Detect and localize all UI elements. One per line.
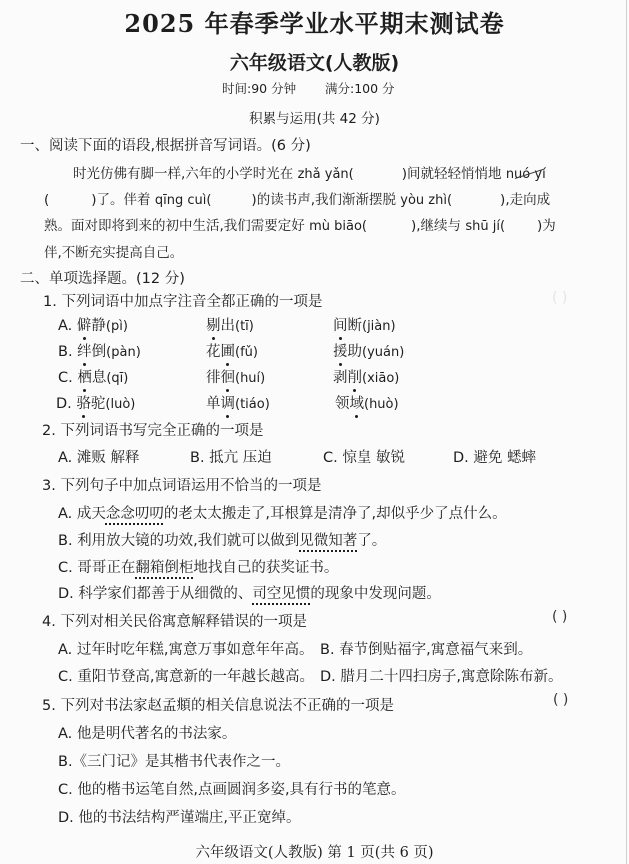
option-label: C. bbox=[58, 370, 73, 386]
q4-option-c: C. 重阳节登高,寓意新的一年越长越高。 bbox=[58, 665, 314, 686]
q1-option-b-word2: 花圃(fǔ) bbox=[206, 340, 258, 361]
pinyin-qingcui: qīng cuì( bbox=[155, 193, 212, 208]
q2-option-a: A. 滩贩 解释 bbox=[58, 446, 140, 467]
q4-stem: 4. 下列对相关民俗寓意解释错误的一项是 bbox=[42, 610, 307, 631]
q1-option-d: D. 骆驼(luò) bbox=[56, 392, 135, 413]
q5-stem: 5. 下列对书法家赵孟頫的相关信息说法不正确的一项是 bbox=[42, 694, 394, 715]
passage-text: ),走向成 bbox=[500, 192, 550, 208]
pinyin: (huí) bbox=[235, 371, 265, 386]
dotted-char: 圃 bbox=[221, 340, 236, 361]
q5-answer-paren[interactable]: ( ) bbox=[553, 692, 568, 708]
part2-heading: 二、单项选择题。(12 分) bbox=[20, 267, 185, 288]
char: 徘 bbox=[206, 370, 221, 386]
passage-text: 熟。面对即将到来的初中生活,我们需要定好 bbox=[44, 218, 305, 234]
pinyin: (huò) bbox=[364, 397, 399, 412]
q5-option-b: B.《三门记》是其楷书代表作之一。 bbox=[58, 750, 290, 771]
paren-open: ( bbox=[44, 192, 49, 208]
dotted-word: 翻箱倒柜 bbox=[135, 560, 193, 576]
q1-option-b-word3: 援助(yuán) bbox=[333, 340, 404, 361]
char: 领 bbox=[335, 396, 350, 412]
q1-option-c-word2: 徘徊(huí) bbox=[206, 366, 265, 387]
q1-option-b: B. 绊倒(pàn) bbox=[58, 340, 141, 361]
pinyin-youzhi: yòu zhì( bbox=[400, 193, 452, 208]
q5-option-a: A. 他是明代著名的书法家。 bbox=[58, 722, 236, 743]
text: A. 成天 bbox=[58, 506, 106, 522]
q1-option-d-word2: 单调(tiáo) bbox=[206, 392, 270, 413]
exam-subtitle: 六年级语文(人教版) bbox=[0, 48, 629, 75]
exam-page: 2025 年春季学业水平期末测试卷 六年级语文(人教版) 时间:90 分钟 满分… bbox=[0, 0, 629, 864]
text: C. 哥哥正在 bbox=[58, 560, 135, 576]
dotted-char: 调 bbox=[221, 392, 236, 413]
char: 单 bbox=[206, 396, 221, 412]
pinyin: (xiāo) bbox=[362, 371, 399, 386]
q2-option-b: B. 抵亢 压迫 bbox=[190, 446, 272, 467]
q2-option-c: C. 惊皇 敏锐 bbox=[323, 446, 405, 467]
q1-option-a-word2: 剔出(tī) bbox=[206, 314, 254, 335]
passage-text: )了。伴着 bbox=[91, 192, 150, 208]
exam-full-score: 满分:100 分 bbox=[325, 79, 395, 97]
pinyin-shuji: shū jí( bbox=[465, 219, 505, 234]
dotted-char: 间 bbox=[333, 314, 348, 335]
exam-title: 2025 年春季学业水平期末测试卷 bbox=[0, 4, 629, 39]
dotted-word: 见微知著 bbox=[299, 533, 357, 549]
dotted-char: 栖 bbox=[77, 366, 92, 387]
text: B. 利用放大镜的功效,我们就可以做到 bbox=[58, 533, 299, 549]
part1-line-4: 伴,不断充实提高自己。 bbox=[44, 241, 183, 261]
q3-option-a: A. 成天念念叨叨的老太太搬走了,耳根算是清净了,却似乎少了点什么。 bbox=[58, 502, 507, 523]
page-edge-line bbox=[626, 0, 627, 864]
q3-option-c: C. 哥哥正在翻箱倒柜地找自己的获奖证书。 bbox=[58, 556, 338, 577]
q1-option-c-word3: 剥削(xiāo) bbox=[333, 366, 399, 387]
q1-option-d-word3: 领域(huò) bbox=[335, 392, 399, 413]
pinyin-mubiao: mù biāo( bbox=[309, 219, 367, 234]
text: D. 科学家们都善于从细微的、 bbox=[58, 586, 252, 602]
dotted-char: 削 bbox=[348, 366, 363, 387]
part1-line-1: 时光仿佛有脚一样,六年的小学时光在 zhǎ yǎn()间就轻轻悄悄地 nuó y… bbox=[73, 162, 546, 182]
char: 助 bbox=[348, 344, 363, 360]
section-heading: 积累与运用(共 42 分) bbox=[0, 107, 629, 127]
dotted-char: 绊 bbox=[77, 340, 92, 361]
option-label: A. bbox=[58, 318, 72, 334]
q4-option-b: B. 春节倒贴福字,寓意福气来到。 bbox=[320, 638, 532, 659]
page-footer: 六年级语文(人教版) 第 1 页(共 6 页) bbox=[0, 841, 629, 862]
dotted-word: 司空见惯 bbox=[252, 586, 310, 602]
pinyin: (fǔ) bbox=[235, 345, 258, 360]
pinyin: (jiàn) bbox=[362, 319, 396, 334]
q3-option-b: B. 利用放大镜的功效,我们就可以做到见微知著了。 bbox=[58, 529, 386, 550]
pinyin: (pàn) bbox=[106, 345, 141, 360]
dotted-word: 念念叨叨 bbox=[106, 506, 164, 522]
q1-option-a: A. 僻静(pì) bbox=[58, 314, 128, 335]
text: 了。 bbox=[357, 533, 386, 549]
text: 地找自己的获奖证书。 bbox=[193, 560, 338, 576]
q5-option-d: D. 他的书法结构严谨端庄,平正宽绰。 bbox=[58, 806, 301, 827]
pinyin-zhayan: zhǎ yǎn( bbox=[298, 167, 354, 182]
pinyin: (pì) bbox=[106, 319, 128, 334]
text: 的现象中发现问题。 bbox=[310, 586, 441, 602]
q4-option-d: D. 腊月二十四扫房子,寓意除陈布新。 bbox=[320, 665, 563, 686]
passage-text: 时光仿佛有脚一样,六年的小学时光在 bbox=[73, 166, 293, 182]
dotted-char: 徊 bbox=[221, 366, 236, 387]
char: 出 bbox=[221, 318, 236, 334]
part1-line-2: ()了。伴着 qīng cuì()的读书声,我们渐渐摆脱 yòu zhì(),走… bbox=[44, 188, 550, 208]
q1-option-a-word3: 间断(jiàn) bbox=[333, 314, 396, 335]
char: 息 bbox=[92, 370, 107, 386]
q1-answer-paren[interactable]: ( ) bbox=[552, 290, 567, 306]
q3-option-d: D. 科学家们都善于从细微的、司空见惯的现象中发现问题。 bbox=[58, 582, 441, 603]
q1-stem: 1. 下列词语中加点字注音全都正确的一项是 bbox=[43, 290, 322, 311]
char: 断 bbox=[348, 318, 363, 334]
q4-option-a: A. 过年时吃年糕,寓意万事如意年年高。 bbox=[58, 638, 314, 659]
char: 倒 bbox=[92, 344, 107, 360]
q4-answer-paren[interactable]: ( ) bbox=[552, 609, 567, 625]
text: 的老太太搬走了,耳根算是清净了,却似乎少了点什么。 bbox=[164, 506, 507, 522]
part1-line-3: 熟。面对即将到来的初中生活,我们需要定好 mù biāo(),继续与 shū j… bbox=[44, 214, 556, 234]
exam-time: 时间:90 分钟 bbox=[222, 79, 296, 97]
char: 剥 bbox=[333, 370, 348, 386]
char: 驼 bbox=[91, 396, 106, 412]
char: 花 bbox=[206, 344, 221, 360]
q2-option-d: D. 避免 蟋蟀 bbox=[453, 446, 536, 467]
dotted-char: 僻 bbox=[77, 314, 92, 335]
pinyin: (tī) bbox=[235, 319, 254, 334]
option-label: B. bbox=[58, 344, 73, 360]
passage-text: )的读书声,我们渐渐摆脱 bbox=[251, 192, 396, 208]
passage-text: )间就轻轻悄悄地 bbox=[402, 166, 502, 182]
dotted-char: 骆 bbox=[76, 392, 91, 413]
passage-text: )为 bbox=[537, 218, 556, 234]
pinyin: (yuán) bbox=[362, 345, 404, 360]
q3-stem: 3. 下列句子中加点词语运用不恰当的一项是 bbox=[42, 474, 321, 495]
q2-stem: 2. 下列词语书写完全正确的一项是 bbox=[42, 419, 263, 440]
dotted-char: 剔 bbox=[206, 314, 221, 335]
passage-text: ),继续与 bbox=[411, 218, 461, 234]
pinyin: (tiáo) bbox=[235, 397, 270, 412]
dotted-char: 域 bbox=[350, 392, 365, 413]
option-label: D. bbox=[56, 396, 72, 412]
pinyin: (qī) bbox=[106, 371, 128, 386]
char: 静 bbox=[91, 318, 106, 334]
dotted-char: 援 bbox=[333, 340, 348, 361]
part1-heading: 一、阅读下面的语段,根据拼音写词语。(6 分) bbox=[20, 134, 311, 155]
q1-option-c: C. 栖息(qī) bbox=[58, 366, 128, 387]
q5-option-c: C. 他的楷书运笔自然,点画圆润多姿,具有行书的笔意。 bbox=[58, 778, 406, 799]
pinyin: (luò) bbox=[105, 397, 135, 412]
